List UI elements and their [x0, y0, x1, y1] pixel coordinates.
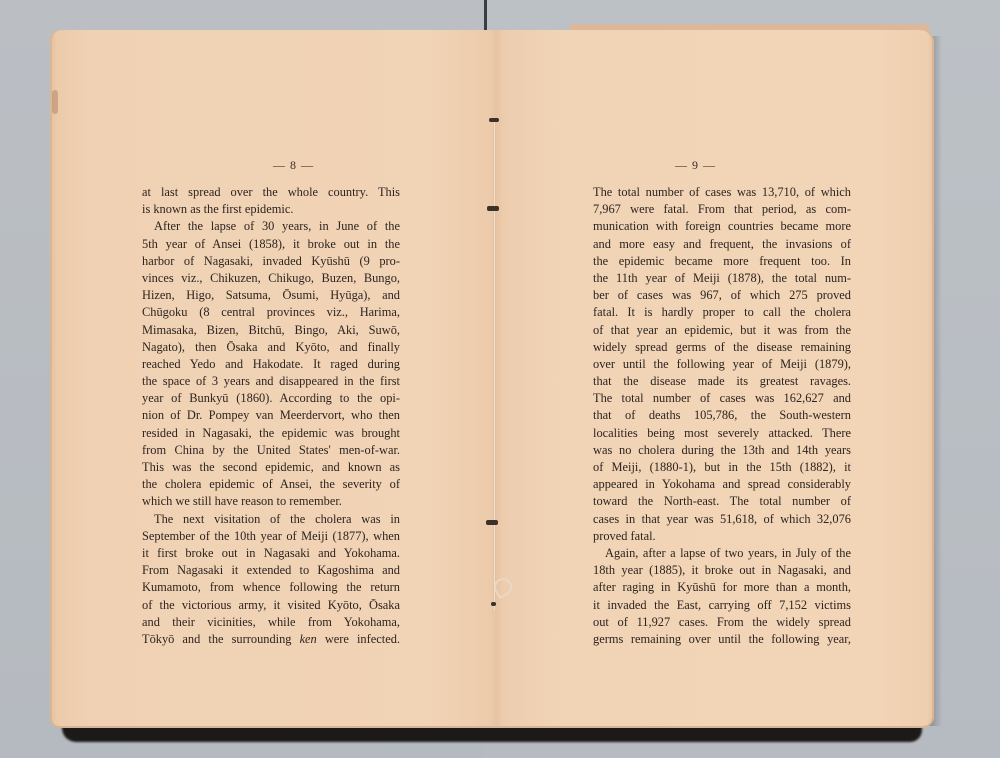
text-line: September of the 10th year of Meiji (187… [142, 528, 400, 545]
text-line: resided in Nagasaki, the epidemic was br… [142, 425, 400, 442]
text-line: that of deaths 105,786, the South-wester… [593, 407, 851, 424]
text-line: reached Yedo and Hakodate. It raged duri… [142, 356, 400, 373]
text-fragment: Tōkyō and the surrounding [142, 632, 300, 646]
text-line: harbor of Nagasaki, invaded Kyūshū (9 pr… [142, 253, 400, 270]
text-line: Chūgoku (8 central provinces viz., Harim… [142, 304, 400, 321]
text-line: From Nagasaki it extended to Kagoshima a… [142, 562, 400, 579]
text-line: ber of cases was 967, of which 275 prove… [593, 287, 851, 304]
text-line: 18th year (1885), it broke out in Nagasa… [593, 562, 851, 579]
text-line: Tōkyō and the surrounding ken were infec… [142, 631, 400, 648]
text-line: the space of 3 years and disappeared in … [142, 373, 400, 390]
text-line: proved fatal. [593, 528, 851, 545]
text-line: After the lapse of 30 years, in June of … [142, 218, 400, 235]
text-line: and their vicinities, while from Yokoham… [142, 614, 400, 631]
page-number-right: — 9 — [497, 158, 934, 173]
stitch-icon [486, 520, 498, 525]
open-book: — 8 — at last spread over the whole coun… [50, 30, 934, 730]
text-line: it first broke out in Nagasaki and Yokoh… [142, 545, 400, 562]
right-page: — 9 — The total number of cases was 13,7… [497, 30, 934, 728]
text-line: of the victorious army, it visited Kyōto… [142, 597, 400, 614]
italic-term: ken [300, 632, 317, 646]
text-line: 5th year of Ansei (1858), it broke out i… [142, 236, 400, 253]
text-line: widely spread germs of the disease remai… [593, 339, 851, 356]
right-page-text: The total number of cases was 13,710, of… [593, 184, 851, 648]
text-line: Nagato), then Ōsaka and Kyōto, and final… [142, 339, 400, 356]
text-line: munication with foreign countries became… [593, 218, 851, 235]
text-line: over until the following year of Meiji (… [593, 356, 851, 373]
text-line: The total number of cases was 162,627 an… [593, 390, 851, 407]
binding-thread [493, 120, 496, 610]
text-line: This was the second epidemic, and known … [142, 459, 400, 476]
text-line: that the disease made its greatest ravag… [593, 373, 851, 390]
text-line: localities being most severely attacked.… [593, 425, 851, 442]
text-line: of Meiji, (1880-1), but in the 15th (188… [593, 459, 851, 476]
text-line: and more easy and frequent, the invasion… [593, 236, 851, 253]
text-line: after raging in Kyūshū for more than a m… [593, 579, 851, 596]
stitch-icon [489, 118, 499, 122]
text-line: at last spread over the whole country. T… [142, 184, 400, 201]
text-line: The total number of cases was 13,710, of… [593, 184, 851, 201]
text-line: Again, after a lapse of two years, in Ju… [593, 545, 851, 562]
text-line: is known as the first epidemic. [142, 201, 400, 218]
text-line: Mimasaka, Bizen, Bitchū, Bingo, Aki, Suw… [142, 322, 400, 339]
text-line: 7,967 were fatal. From that period, as c… [593, 201, 851, 218]
text-line: Kumamoto, from whence following the retu… [142, 579, 400, 596]
text-line: from China by the United States' men-of-… [142, 442, 400, 459]
text-line: nion of Dr. Pompey van Meerdervort, who … [142, 407, 400, 424]
text-line: the 11th year of Meiji (1878), the total… [593, 270, 851, 287]
text-line: it invaded the East, carrying off 7,152 … [593, 597, 851, 614]
left-page: — 8 — at last spread over the whole coun… [50, 30, 497, 728]
text-line: year of Bunkyū (1860). According to the … [142, 390, 400, 407]
text-line: out of 11,927 cases. From the widely spr… [593, 614, 851, 631]
text-line: was no cholera during the 13th and 14th … [593, 442, 851, 459]
text-line: toward the North-east. The total number … [593, 493, 851, 510]
edge-stain [52, 90, 58, 114]
stitch-icon [487, 206, 499, 211]
text-line: vinces viz., Chikuzen, Chikugo, Buzen, B… [142, 270, 400, 287]
stitch-icon [491, 602, 496, 606]
text-line: germs remaining over until the following… [593, 631, 851, 648]
text-line: the cholera epidemic of Ansei, the sever… [142, 476, 400, 493]
text-line: of that year an epidemic, but it was fro… [593, 322, 851, 339]
text-line: The next visitation of the cholera was i… [142, 511, 400, 528]
text-line: Hizen, Higo, Satsuma, Ōsumi, Hyūga), and [142, 287, 400, 304]
text-line: which we still have reason to remember. [142, 493, 400, 510]
text-line: the epidemic became more frequent too. I… [593, 253, 851, 270]
text-line: cases in that year was 51,618, of which … [593, 511, 851, 528]
text-fragment: were infected. [317, 632, 400, 646]
left-page-text: at last spread over the whole country. T… [142, 184, 400, 648]
text-line: fatal. It is hardly proper to call the c… [593, 304, 851, 321]
page-number-left: — 8 — [50, 158, 497, 173]
text-line: appeared in Yokohama and spread consider… [593, 476, 851, 493]
